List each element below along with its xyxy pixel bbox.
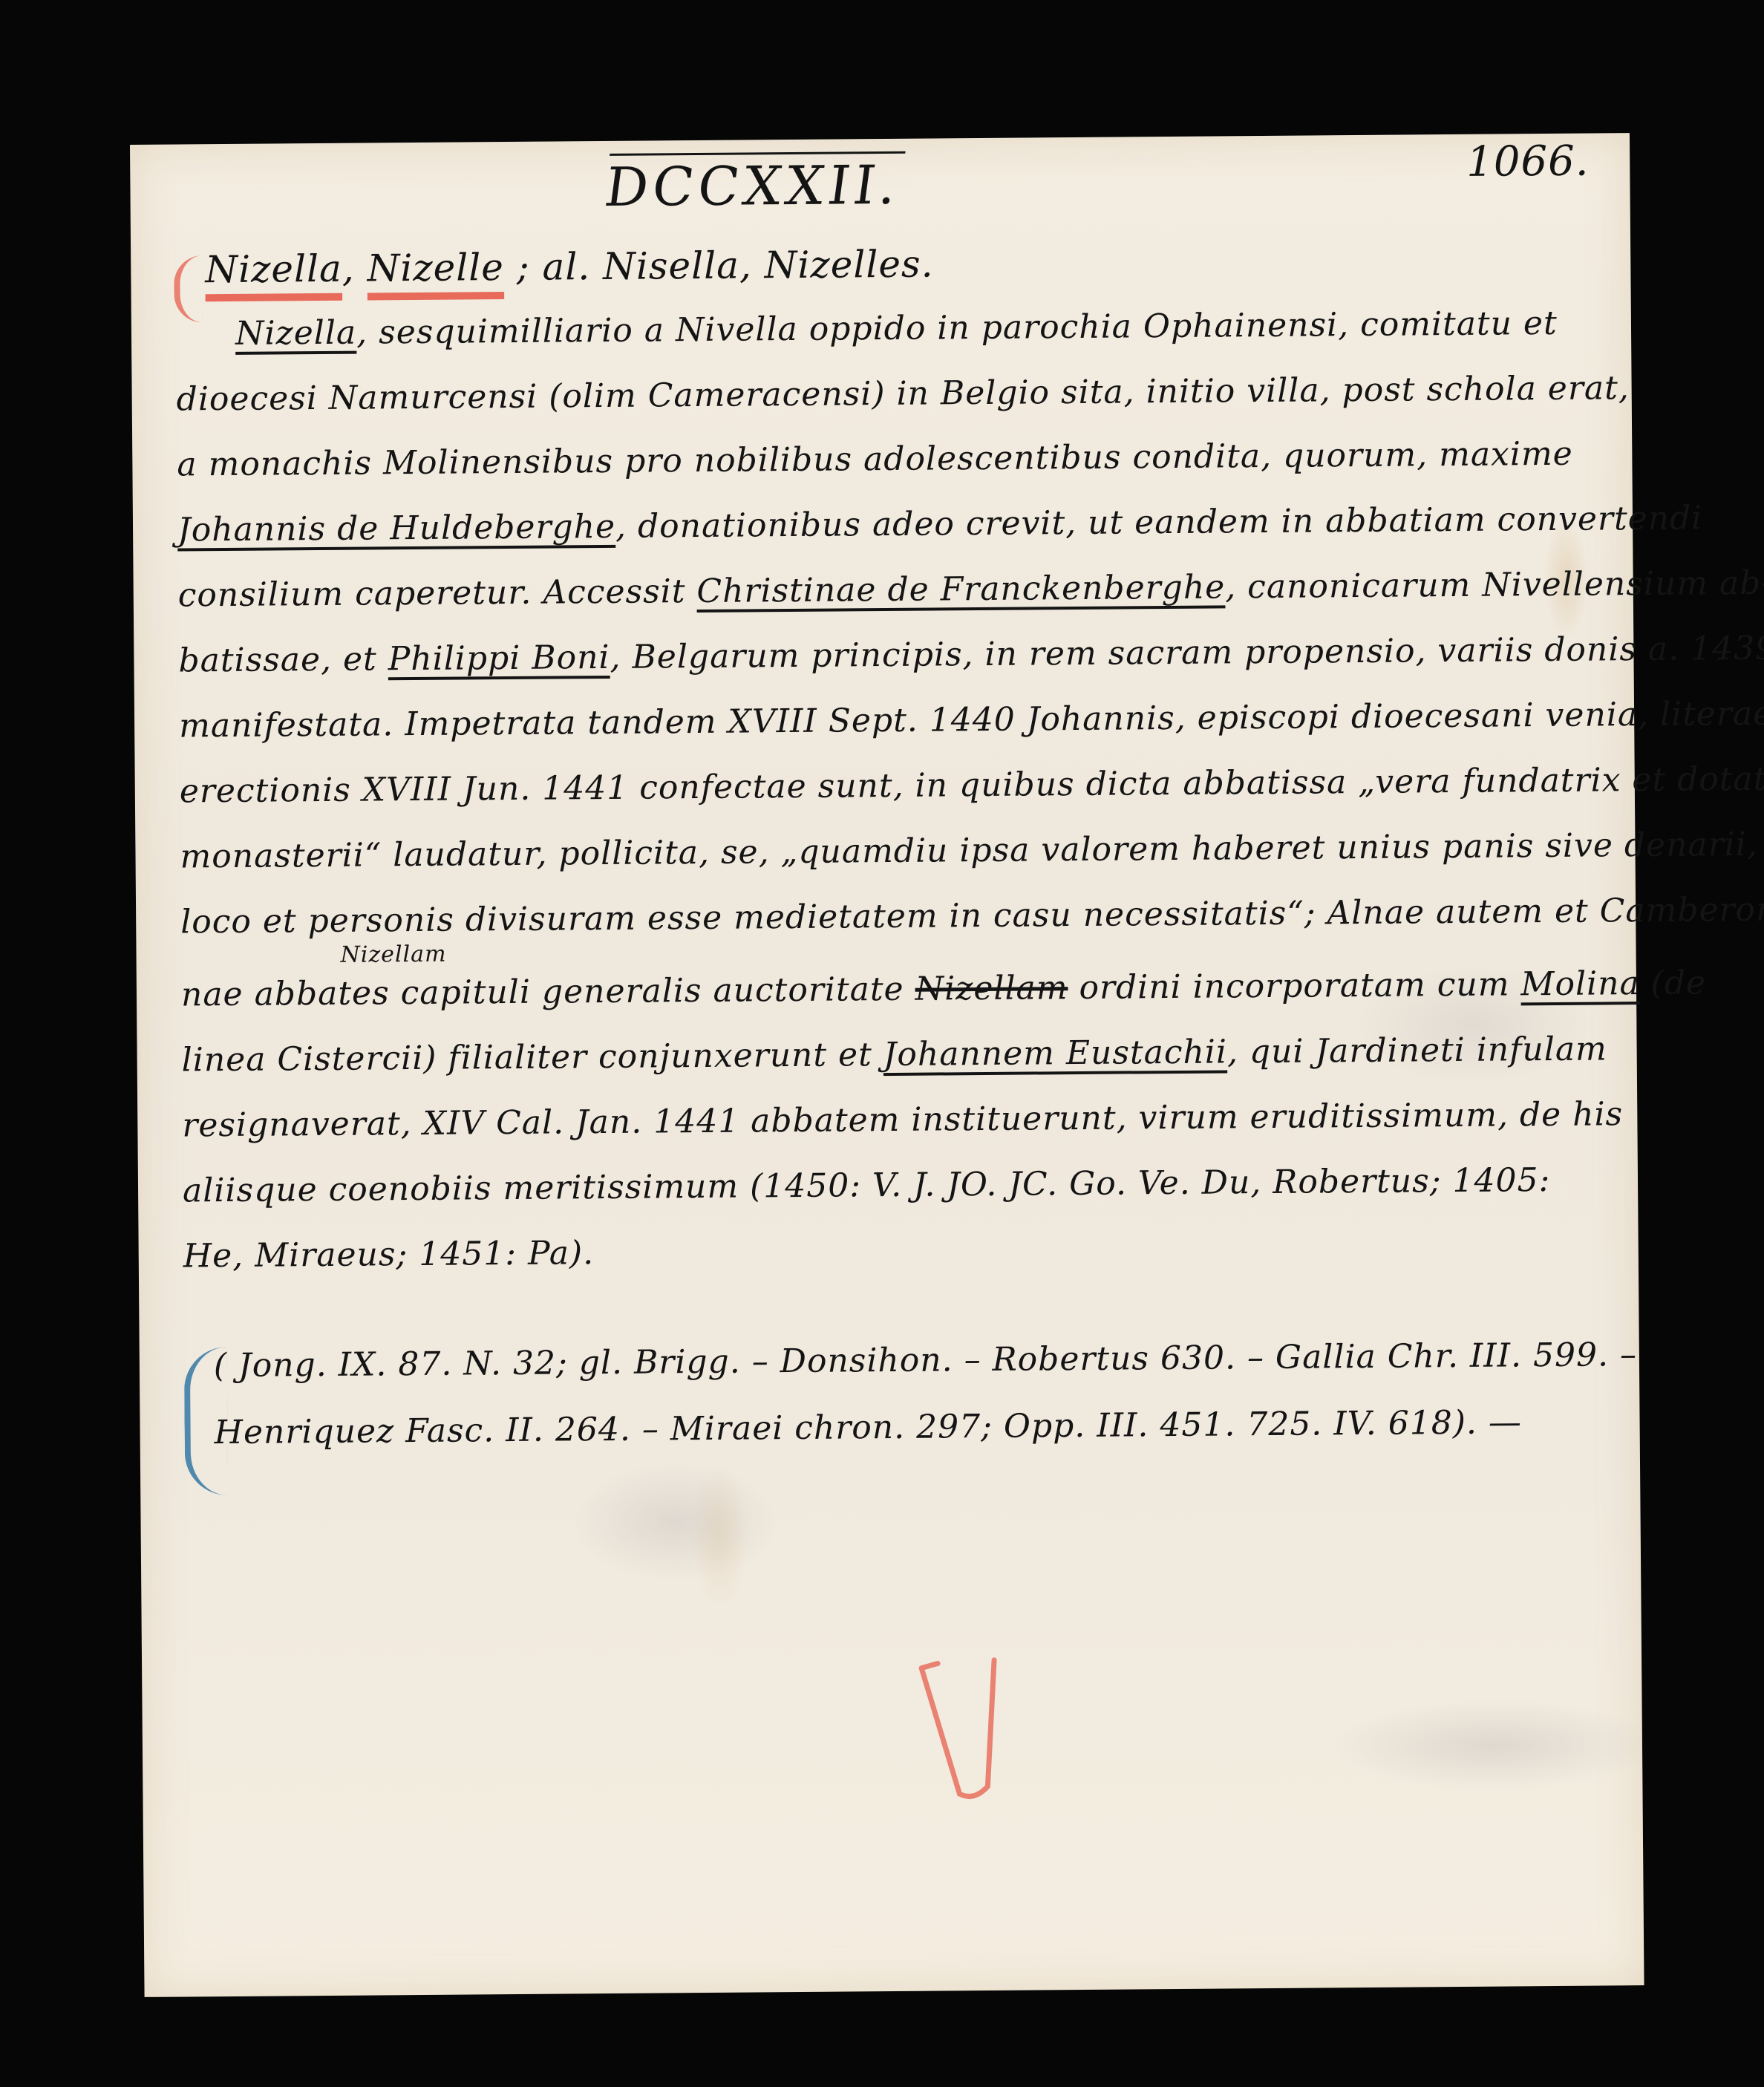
red-bracket-mark: [174, 255, 203, 322]
underlined-name: Nizella: [235, 314, 357, 353]
line-text: consilium caperetur. Accessit: [178, 572, 697, 614]
red-pencil-mark: [906, 1653, 1012, 1809]
line-text: resignaverat, XIV Cal. Jan. 1441 abbatem…: [182, 1095, 1623, 1144]
line-text: erectionis XVIII Jun. 1441 confectae sun…: [180, 760, 1764, 810]
headword-primary-2: Nizelle: [367, 246, 504, 290]
body-text: Nizella, sesquimilliario a Nivella oppid…: [176, 304, 1639, 1354]
body-line-12: linea Cistercii) filialiter conjunxerunt…: [181, 1030, 1607, 1079]
line-text: batissae, et: [178, 640, 388, 679]
struck-word: Nizellam: [915, 969, 1068, 1008]
body-line-11: nae abbates capituli generalis auctorita…: [181, 964, 1706, 1013]
headword-primary-1: Nizella: [205, 247, 342, 291]
body-line-10: loco et personis divisuram esse medietat…: [180, 890, 1764, 941]
interlinear-insertion: Nizellam: [340, 941, 446, 968]
line-text: , canonicarum Nivellensium ab-: [1225, 564, 1764, 607]
line-text: , Belgarum principis, in rem sacram prop…: [610, 630, 1764, 676]
line-text: linea Cistercii) filialiter conjunxerunt…: [181, 1036, 883, 1079]
line-text: monasterii“ laudatur, pollicita, se, „qu…: [180, 826, 1758, 876]
reference-line-2: Henriquez Fasc. II. 264. – Miraei chron.…: [214, 1403, 1522, 1451]
folio-number: 1066.: [1466, 137, 1590, 186]
underlined-name: Christinae de Franckenberghe: [696, 568, 1225, 610]
underlined-name: Johannem Eustachii: [883, 1033, 1228, 1074]
entry-number: DCCXXII.: [601, 154, 905, 218]
underlined-name: Johannis de Huldeberghe: [177, 508, 615, 549]
line-text: nae abbates capituli generalis auctorita…: [181, 970, 915, 1014]
body-line-2: dioecesi Namurcensi (olim Cameracensi) i…: [176, 369, 1629, 418]
body-line-5: consilium caperetur. Accessit Christinae…: [178, 564, 1764, 615]
body-line-9: monasterii“ laudatur, pollicita, se, „qu…: [180, 826, 1758, 876]
line-text: ordini incorporatam cum: [1068, 965, 1520, 1007]
body-line-14: aliisque coenobiis meritissimum (1450: V…: [183, 1161, 1551, 1209]
headword-line: Nizella, Nizelle ; al. Nisella, Nizelles…: [205, 243, 934, 292]
line-text: (de: [1639, 964, 1706, 1002]
line-text: manifestata. Impetrata tandem XVIII Sept…: [179, 695, 1764, 745]
underlined-name: Philippi Boni: [388, 638, 610, 678]
underlined-name: Molina: [1520, 964, 1640, 1003]
line-text: , sesquimilliario a Nivella oppido in pa…: [356, 304, 1558, 352]
body-line-3: a monachis Molinensibus pro nobilibus ad…: [177, 435, 1573, 484]
line-text: aliisque coenobiis meritissimum (1450: V…: [183, 1161, 1551, 1209]
line-text: a monachis Molinensibus pro nobilibus ad…: [177, 435, 1573, 484]
body-line-1: Nizella, sesquimilliario a Nivella oppid…: [235, 304, 1558, 353]
line-text: He, Miraeus; 1451: Pa).: [183, 1234, 595, 1275]
headword-separator: ;: [517, 246, 530, 289]
body-line-8: erectionis XVIII Jun. 1441 confectae sun…: [180, 760, 1764, 810]
body-line-13: resignaverat, XIV Cal. Jan. 1441 abbatem…: [182, 1095, 1623, 1144]
line-text: dioecesi Namurcensi (olim Cameracensi) i…: [176, 369, 1629, 418]
headword-aliases: Nisella, Nizelles.: [603, 243, 934, 288]
body-line-7: manifestata. Impetrata tandem XVIII Sept…: [179, 695, 1764, 745]
body-line-15: He, Miraeus; 1451: Pa).: [183, 1234, 595, 1275]
line-text: loco et personis divisuram esse medietat…: [180, 890, 1764, 941]
line-text: , qui Jardineti infulam: [1227, 1030, 1607, 1071]
line-text: , donationibus adeo crevit, ut eandem in…: [615, 499, 1703, 545]
body-line-6: batissae, et Philippi Boni, Belgarum pri…: [178, 630, 1764, 680]
manuscript-page: DCCXXII. 1066. Nizella, Nizelle ; al. Ni…: [130, 133, 1644, 1997]
body-line-4: Johannis de Huldeberghe, donationibus ad…: [177, 499, 1703, 549]
alias-prefix: al.: [542, 245, 590, 289]
